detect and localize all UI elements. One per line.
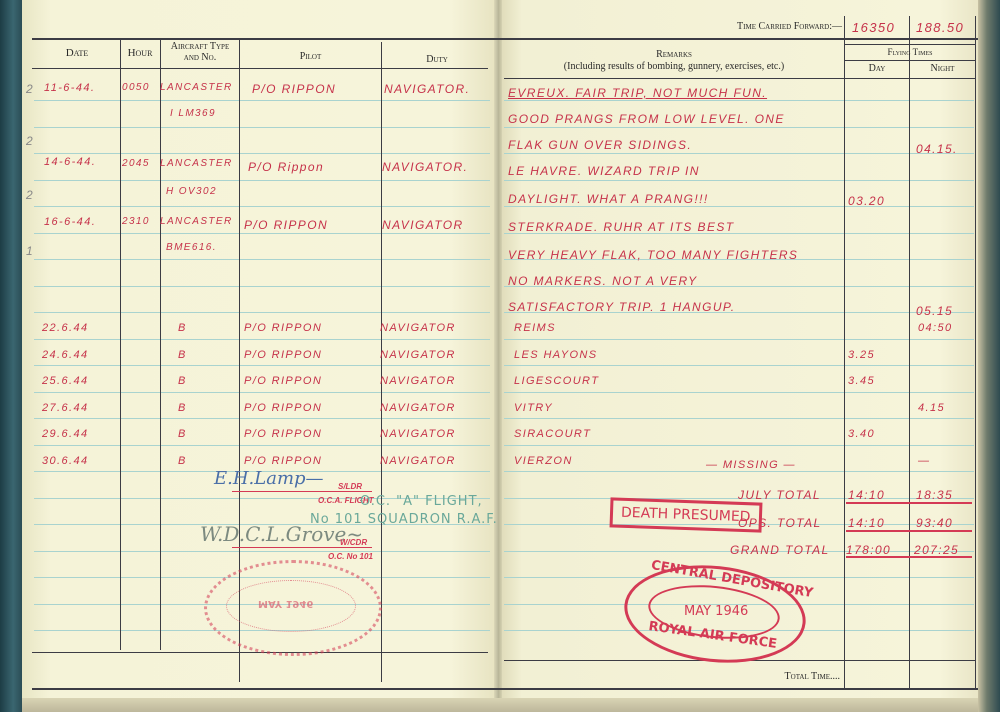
margin-mark: 1 xyxy=(26,244,33,258)
entry-remarks: flak gun over sidings. xyxy=(508,138,692,152)
ruled-line xyxy=(504,418,974,419)
ruled-line xyxy=(34,445,490,446)
entry-remarks: Les Hayons xyxy=(514,349,598,361)
entry-pilot: P/O Rippon xyxy=(244,455,322,467)
total-label-grand: Grand Total xyxy=(730,543,830,557)
entry-pilot: P/O Rippon xyxy=(252,82,336,96)
ruled-line xyxy=(504,100,974,101)
entry-pilot: P/O Rippon xyxy=(244,375,322,387)
header-day: Day xyxy=(845,64,909,75)
logbook-spread: Time Carried Forward:— 16350 188.50 Date… xyxy=(0,0,1000,712)
ruled-line xyxy=(34,312,490,313)
entry-duty: Navigator xyxy=(382,218,464,232)
flight-commander-signature: E.H.Lamp— xyxy=(214,468,324,489)
flight-stamp-line1: O.C. "A" FLIGHT, xyxy=(360,494,483,509)
entry-duty: Navigator xyxy=(380,349,456,361)
entry-aircraft-type: Lancaster xyxy=(160,82,233,93)
total-underline xyxy=(846,502,972,504)
col-divider-pilot xyxy=(381,42,382,682)
carried-forward-bottom xyxy=(845,44,975,45)
faded-offset-stamp-date: MAY 1946 xyxy=(258,598,313,609)
entry-aircraft-type: B xyxy=(178,322,187,334)
squadron-commander-signature: W.D.C.L.Grove~ xyxy=(200,522,363,546)
entry-date: 29.6.44 xyxy=(42,428,89,440)
entry-hour: 2310 xyxy=(122,216,150,227)
entry-pilot: P/O Rippon xyxy=(244,218,328,232)
entry-aircraft-type: B xyxy=(178,349,187,361)
entry-pilot: P/O Rippon xyxy=(244,349,322,361)
sldr-mark: S/LDR xyxy=(338,482,362,491)
total-night-july: 18:35 xyxy=(916,488,953,502)
entry-remarks: satisfactory trip. 1 hangup. xyxy=(508,300,735,314)
bottom-border xyxy=(32,688,978,690)
header-aircraft: Aircraft Type and No. xyxy=(162,42,238,63)
entry-date: 14-6-44. xyxy=(44,156,96,168)
header-duty: Duty xyxy=(382,55,492,66)
total-day-july: 14:10 xyxy=(848,488,885,502)
time-carried-forward-label: Time Carried Forward:— xyxy=(512,22,842,33)
entry-day-time: 03.20 xyxy=(848,194,885,208)
ruled-line xyxy=(34,418,490,419)
top-border xyxy=(32,38,978,40)
entry-remarks: Reims xyxy=(514,322,556,334)
entry-date: 11-6-44. xyxy=(44,82,95,94)
header-flying-times: Flying Times xyxy=(845,48,975,57)
entry-remarks: Ligescourt xyxy=(514,375,599,387)
entry-date: 25.6.44 xyxy=(42,375,89,387)
ruled-line xyxy=(34,286,490,287)
death-presumed-stamp: DEATH PRESUMED xyxy=(610,497,762,532)
entry-remarks: No markers. Not a very xyxy=(508,274,698,288)
entry-duty: Navigator. xyxy=(384,82,470,96)
entry-pilot: P/O Rippon xyxy=(248,160,324,174)
total-day-ops: 14:10 xyxy=(848,516,885,530)
total-underline xyxy=(846,530,972,532)
ruled-line xyxy=(34,100,490,101)
entry-pilot: P/O Rippon xyxy=(244,428,322,440)
header-bottom-left xyxy=(32,68,488,69)
entry-duty: Navigator xyxy=(380,455,456,467)
ruled-line xyxy=(34,392,490,393)
ruled-line xyxy=(34,206,490,207)
header-remarks-sub: (Including results of bombing, gunnery, … xyxy=(504,62,844,73)
ruled-line xyxy=(34,153,490,154)
entry-aircraft-type: B xyxy=(178,375,187,387)
entry-day-time: 3.25 xyxy=(848,349,875,361)
carried-forward-night: 188.50 xyxy=(916,20,964,35)
ruled-line xyxy=(504,339,974,340)
entry-remarks: Good prangs from low level. One xyxy=(508,112,785,126)
entry-duty: Navigator xyxy=(380,428,456,440)
ruled-line xyxy=(504,206,974,207)
entry-hour: 0050 xyxy=(122,82,150,93)
ruled-line xyxy=(34,259,490,260)
entry-night-time: — xyxy=(918,455,930,467)
entry-pilot: P/O Rippon xyxy=(244,322,322,334)
entry-duty: Navigator. xyxy=(382,160,468,174)
total-night-grand: 207:25 xyxy=(914,543,959,557)
col-divider-hour xyxy=(160,38,161,650)
entry-date: 22.6.44 xyxy=(42,322,89,334)
entry-aircraft-type: B xyxy=(178,428,187,440)
ruled-line xyxy=(34,233,490,234)
entry-date: 24.6.44 xyxy=(42,349,89,361)
ruled-line xyxy=(504,445,974,446)
entry-aircraft-type: Lancaster xyxy=(160,216,233,227)
entry-remarks: Vierzon xyxy=(514,455,573,467)
entry-remarks: Siracourt xyxy=(514,428,591,440)
header-hour: Hour xyxy=(120,48,160,60)
ruled-line xyxy=(504,153,974,154)
entry-duty: Navigator xyxy=(380,402,456,414)
ruled-line xyxy=(504,471,974,472)
col-divider-day xyxy=(909,16,910,688)
entry-aircraft-type: B xyxy=(178,402,187,414)
entry-aircraft-no: BME616. xyxy=(166,242,217,253)
wcdr-mark: W/CDR xyxy=(340,538,367,547)
header-date: Date xyxy=(34,48,120,60)
ruled-line xyxy=(34,127,490,128)
entry-night-time: 4.15 xyxy=(918,402,945,414)
entry-night-time: 05.15 xyxy=(916,304,953,318)
book-cover-left xyxy=(0,0,22,712)
book-cover-right xyxy=(978,0,1000,712)
entry-duty: Navigator xyxy=(380,322,456,334)
signature-line xyxy=(232,491,372,492)
entry-night-time: 04:50 xyxy=(918,322,953,334)
entry-remarks: very heavy flak, too many fighters xyxy=(508,248,798,262)
entry-night-time: 04.15. xyxy=(916,142,958,156)
header-remarks: Remarks xyxy=(504,50,844,61)
ruled-line xyxy=(34,365,490,366)
total-label-july: July Total xyxy=(738,488,821,502)
ruled-line xyxy=(34,551,490,552)
entry-aircraft-type: Lancaster xyxy=(160,158,233,169)
entry-remarks-missing: — Missing — xyxy=(706,459,796,471)
ruled-line xyxy=(504,365,974,366)
ruled-line xyxy=(34,339,490,340)
margin-mark: 2 xyxy=(26,134,33,148)
entry-duty: Navigator xyxy=(380,375,456,387)
entry-remarks: Le Havre. Wizard trip in xyxy=(508,164,700,178)
header-pilot: Pilot xyxy=(240,52,381,63)
oc-no-mark: O.C. No 101 xyxy=(328,552,373,561)
entry-aircraft-no: I LM369 xyxy=(170,108,216,119)
book-gutter xyxy=(494,0,502,700)
entry-aircraft-type: B xyxy=(178,455,187,467)
entry-aircraft-no: H OV302 xyxy=(166,186,217,197)
entry-day-time: 3.45 xyxy=(848,375,875,387)
page-edge xyxy=(22,698,978,712)
entry-remarks: Vitry xyxy=(514,402,553,414)
entry-remarks: Evreux. Fair trip, not much fun. xyxy=(508,86,767,100)
total-time-label: Total Time.... xyxy=(700,672,840,683)
entry-remarks: Sterkrade. Ruhr at its best xyxy=(508,220,735,234)
carried-forward-day: 16350 xyxy=(852,20,895,35)
entry-date: 30.6.44 xyxy=(42,455,89,467)
signature-line xyxy=(232,547,372,548)
flying-times-divider xyxy=(845,60,975,61)
entry-remarks: daylight. What a prang!!! xyxy=(508,192,709,206)
margin-mark: 2 xyxy=(26,188,33,202)
margin-mark: 2 xyxy=(26,82,33,96)
ruled-line xyxy=(504,127,974,128)
entry-pilot: P/O Rippon xyxy=(244,402,322,414)
entry-day-time: 3.40 xyxy=(848,428,875,440)
ruled-line xyxy=(34,180,490,181)
header-bottom-right xyxy=(504,78,976,79)
entry-hour: 2045 xyxy=(122,158,150,169)
col-divider-night xyxy=(975,16,976,688)
total-underline xyxy=(846,556,972,558)
entry-date: 27.6.44 xyxy=(42,402,89,414)
header-night: Night xyxy=(910,64,975,75)
ruled-line xyxy=(504,392,974,393)
col-divider-remarks xyxy=(844,16,845,688)
ruled-line xyxy=(504,180,974,181)
stamp-date: MAY 1946 xyxy=(684,604,748,619)
entry-date: 16-6-44. xyxy=(44,216,96,228)
total-day-grand: 178:00 xyxy=(846,543,891,557)
total-night-ops: 93:40 xyxy=(916,516,953,530)
col-divider-date xyxy=(120,38,121,650)
